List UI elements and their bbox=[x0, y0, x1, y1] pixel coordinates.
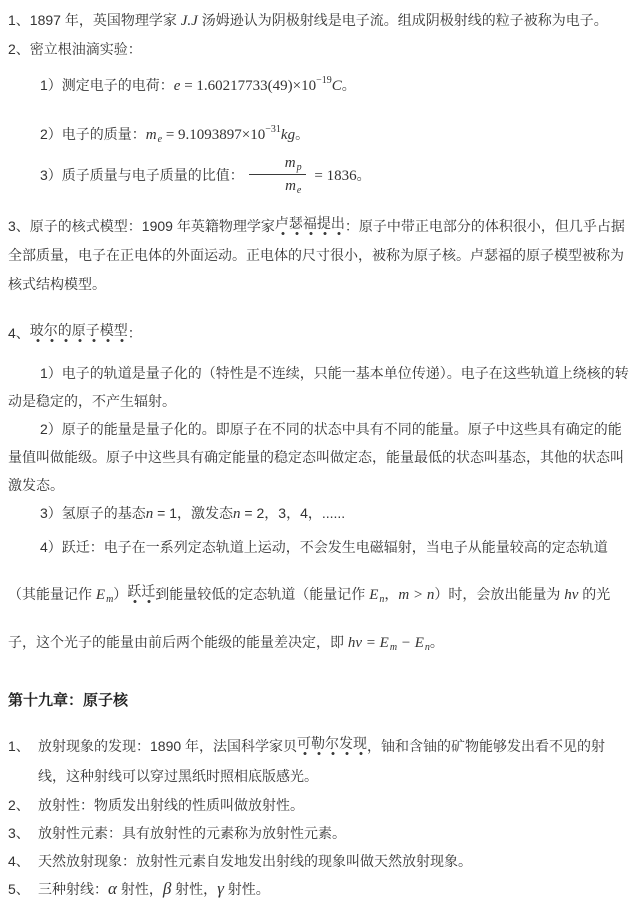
fraction-denominator: me bbox=[249, 175, 306, 196]
sub-item-transition: 4）跃迁：电子在一系列定态轨道上运动，不会发生电磁辐射，当电子从能量较高的定态轨… bbox=[8, 524, 630, 667]
inequality-m-greater-n: m > n bbox=[398, 587, 434, 603]
electron-mass-var: m bbox=[285, 178, 296, 194]
item-text: 1897 年，英国物理学家 bbox=[30, 12, 181, 28]
sub-item-number: 4） bbox=[40, 539, 62, 555]
item-millikan-experiment: 2、密立根油滴实验： bbox=[8, 35, 630, 63]
period: 。 bbox=[430, 634, 444, 650]
emphasized-bohr-model: 玻尔的原子模型 bbox=[30, 322, 128, 343]
item-natural-radiation: 4、天然放射现象：放射性元素自发地发出射线的现象叫做天然放射现象。 bbox=[8, 847, 630, 875]
sub-item-quantized-energy: 2）原子的能量是量子化的。即原子在不同的状态中具有不同的能量。原子中这些具有确定… bbox=[8, 415, 630, 499]
item-number: 2、 bbox=[8, 41, 30, 57]
item-number: 5、 bbox=[8, 875, 38, 903]
sub-item-text: 电子的轨道是量子化的（特性是不连续，只能一基本单位传递）。电子在这些轨道上绕核的… bbox=[8, 365, 629, 409]
energy-level-var: E bbox=[96, 587, 105, 603]
item-text: 原子的核式模型：1909 年英籍物理学家 bbox=[30, 218, 275, 234]
item-text: 射性， bbox=[117, 881, 163, 897]
formula-electron-mass-value: = 9.1093897×10 bbox=[162, 127, 265, 143]
sub-item-text: ）时，会放出能量为 bbox=[434, 586, 564, 602]
scientist-initials: J.J bbox=[181, 13, 198, 29]
item-radioactive-elements: 3、放射性元素：具有放射性的元素称为放射性元素。 bbox=[8, 819, 630, 847]
gamma-symbol: γ bbox=[217, 879, 224, 898]
item-text: 三种射线： bbox=[38, 881, 108, 897]
formula-unit: C bbox=[332, 78, 342, 94]
item-number: 4、 bbox=[8, 325, 30, 341]
item-number: 1、 bbox=[8, 12, 30, 28]
item-text: 射性。 bbox=[224, 881, 270, 897]
sub-item-text: ， bbox=[384, 586, 398, 602]
alpha-symbol: α bbox=[108, 879, 117, 898]
sub-item-label: 质子质量与电子质量的比值： bbox=[62, 167, 244, 183]
item-number: 3、 bbox=[8, 218, 30, 234]
sub-item-electron-charge: 1）测定电子的电荷：e = 1.60217733(49)×10−19C。 bbox=[8, 71, 630, 100]
formula-exponent: −19 bbox=[316, 75, 332, 86]
formula-electron-mass-var: m bbox=[146, 127, 157, 143]
photon-energy-var: hν bbox=[564, 587, 578, 603]
period: 。 bbox=[357, 167, 371, 183]
energy-level-var: E bbox=[369, 587, 378, 603]
sub-item-text: 原子的能量是量子化的。即原子在不同的状态中具有不同的能量。原子中这些具有确定的能… bbox=[8, 421, 624, 493]
chapter-title: 第十九章：原子核 bbox=[8, 692, 128, 709]
item-thomson-discovery: 1、1897 年，英国物理学家 J.J 汤姆逊认为阴极射线是电子流。组成阴极射线… bbox=[8, 6, 630, 35]
formula-unit: kg bbox=[281, 127, 295, 143]
photon-energy-equation: hν = E bbox=[348, 635, 389, 651]
sub-item-number: 1） bbox=[40, 77, 62, 93]
sub-item-mass-ratio: 3）质子质量与电子质量的比值：mpme = 1836。 bbox=[8, 155, 630, 198]
formula-electron-charge-value: = 1.60217733(49)×10 bbox=[180, 78, 316, 94]
energy-level-subscript: m bbox=[390, 642, 397, 653]
emphasized-rutherford: 卢瑟福提出 bbox=[275, 215, 345, 236]
sub-item-text: = 1，激发态 bbox=[153, 505, 233, 521]
quantum-number-var: n bbox=[233, 506, 241, 522]
emphasized-transition: 跃迁 bbox=[127, 583, 155, 604]
item-text: ： bbox=[128, 325, 142, 341]
formula-exponent: −31 bbox=[265, 124, 281, 135]
item-nuclear-model: 3、原子的核式模型：1909 年英籍物理学家卢瑟福提出：原子中带正电部分的体积很… bbox=[8, 212, 630, 299]
chapter-heading: 第十九章：原子核 bbox=[8, 687, 630, 715]
item-text: 射性， bbox=[171, 881, 217, 897]
item-text: 天然放射现象：放射性元素自发地发出射线的现象叫做天然放射现象。 bbox=[38, 853, 472, 869]
sub-item-quantized-orbits: 1）电子的轨道是量子化的（特性是不连续，只能一基本单位传递）。电子在这些轨道上绕… bbox=[8, 359, 630, 415]
sub-item-number: 1） bbox=[40, 365, 62, 381]
sub-item-text: 氢原子的基态 bbox=[62, 505, 146, 521]
item-text: 放射现象的发现：1890 年，法国科学家贝 bbox=[38, 738, 297, 754]
sub-item-number: 3） bbox=[40, 505, 62, 521]
emphasized-becquerel: 可勒尔发现 bbox=[297, 735, 367, 756]
sub-item-text: ） bbox=[113, 586, 127, 602]
item-number: 1、 bbox=[8, 731, 38, 761]
item-text: 放射性：物质发出射线的性质叫做放射性。 bbox=[38, 797, 304, 813]
item-number: 4、 bbox=[8, 847, 38, 875]
sub-item-label: 测定电子的电荷： bbox=[62, 77, 174, 93]
fraction-numerator: mp bbox=[249, 153, 306, 175]
formula-ratio-value: = 1836 bbox=[311, 168, 357, 184]
period: 。 bbox=[295, 126, 309, 142]
proton-mass-var: m bbox=[285, 155, 296, 171]
item-radioactivity-definition: 2、放射性：物质发出射线的性质叫做放射性。 bbox=[8, 791, 630, 819]
item-text: 汤姆逊认为阴极射线是电子流。组成阴极射线的粒子被称为电子。 bbox=[198, 12, 608, 28]
item-text: 密立根油滴实验： bbox=[30, 41, 142, 57]
electron-mass-subscript: e bbox=[297, 185, 301, 196]
sub-item-electron-mass: 2）电子的质量：me = 9.1093897×10−31kg。 bbox=[8, 120, 630, 149]
item-radioactivity-discovery: 1、放射现象的发现：1890 年，法国科学家贝可勒尔发现，铀和含铀的矿物能够发出… bbox=[8, 731, 630, 791]
photon-energy-equation: − E bbox=[397, 635, 424, 651]
period: 。 bbox=[342, 77, 356, 93]
sub-item-number: 2） bbox=[40, 421, 62, 437]
item-three-rays: 5、三种射线：α 射性，β 射性，γ 射性。 bbox=[8, 875, 630, 903]
item-bohr-model: 4、玻尔的原子模型： bbox=[8, 319, 630, 347]
physics-notes-page: 1、1897 年，英国物理学家 J.J 汤姆逊认为阴极射线是电子流。组成阴极射线… bbox=[0, 0, 640, 917]
fraction-mp-over-me: mpme bbox=[249, 153, 306, 196]
sub-item-number: 3） bbox=[40, 167, 62, 183]
item-number: 2、 bbox=[8, 791, 38, 819]
item-text: 放射性元素：具有放射性的元素称为放射性元素。 bbox=[38, 825, 346, 841]
sub-item-label: 电子的质量： bbox=[62, 126, 146, 142]
sub-item-text: 到能量较低的定态轨道（能量记作 bbox=[155, 586, 369, 602]
sub-item-number: 2） bbox=[40, 126, 62, 142]
item-number: 3、 bbox=[8, 819, 38, 847]
proton-mass-subscript: p bbox=[297, 162, 302, 173]
sub-item-text: = 2，3，4，...... bbox=[241, 505, 346, 521]
